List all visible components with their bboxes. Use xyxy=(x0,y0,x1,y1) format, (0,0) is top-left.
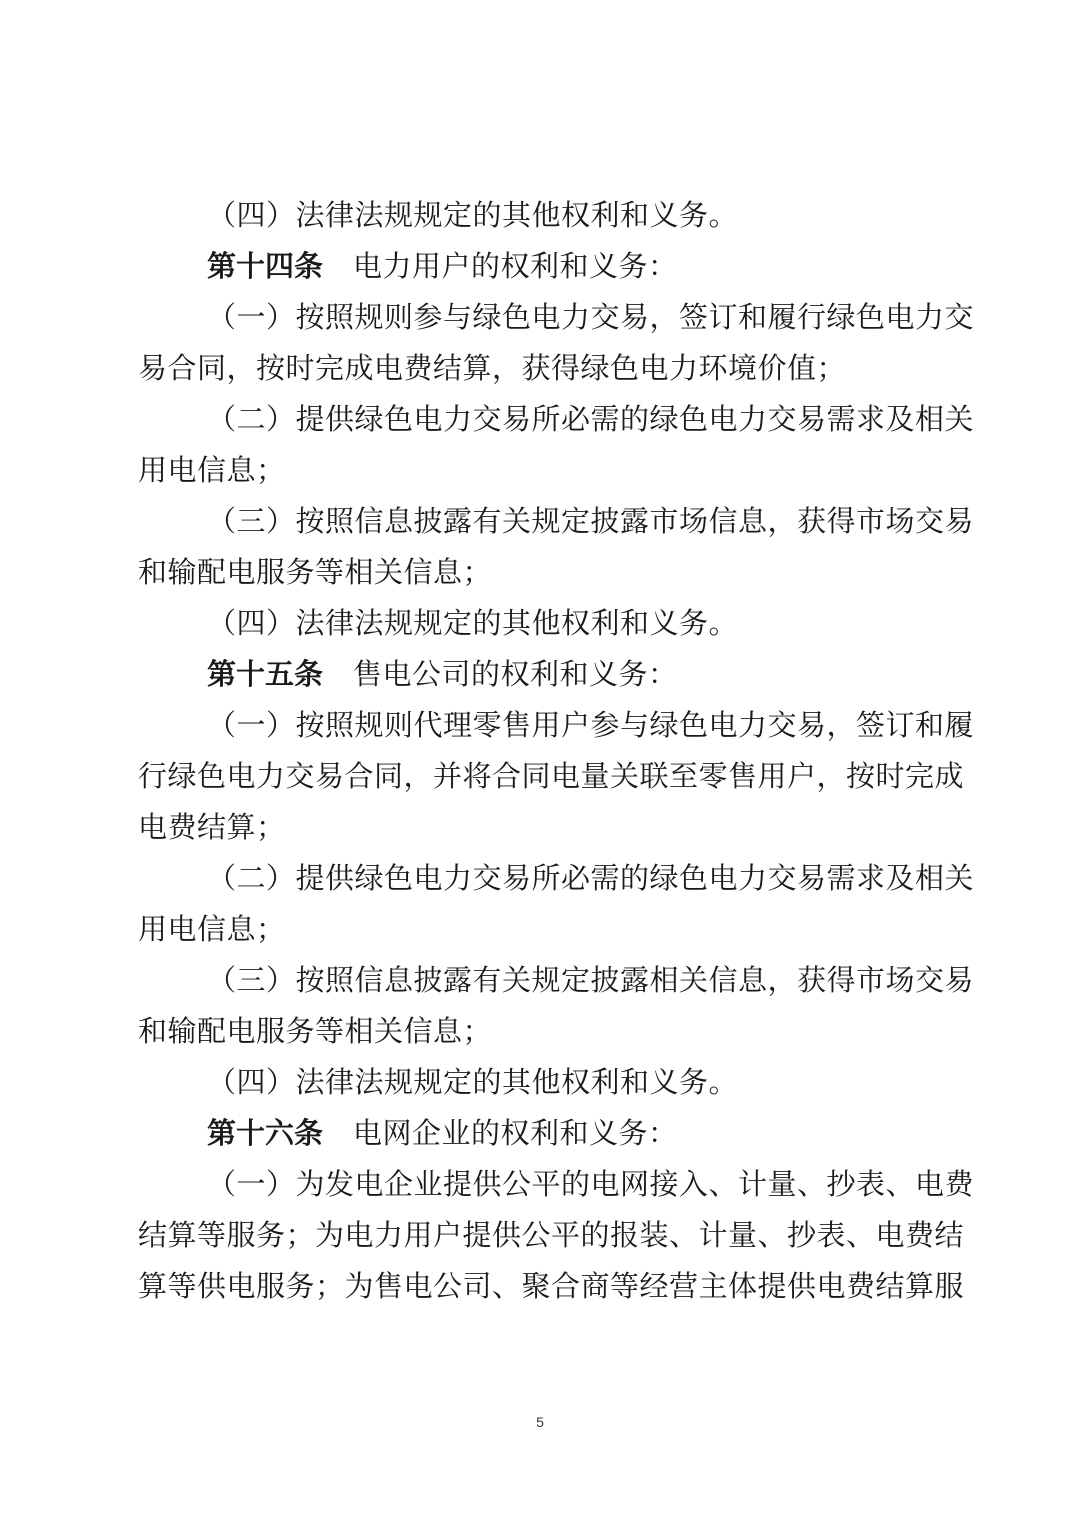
line-text: （三）按照信息披露有关规定披露市场信息，获得市场交易 xyxy=(207,504,974,538)
paragraph-item: （二）提供绿色电力交易所必需的绿色电力交易需求及相关 xyxy=(207,394,974,445)
line-text: 易合同，按时完成电费结算，获得绿色电力环境价值； xyxy=(138,351,846,385)
line-text: （二）提供绿色电力交易所必需的绿色电力交易需求及相关 xyxy=(207,861,974,895)
line-text: 用电信息； xyxy=(138,453,286,487)
article-subject: 售电公司的权利和义务： xyxy=(353,657,678,691)
article-heading: 第十六条电网企业的权利和义务： xyxy=(207,1108,678,1159)
article-heading: 第十五条售电公司的权利和义务： xyxy=(207,649,678,700)
line-text: （二）提供绿色电力交易所必需的绿色电力交易需求及相关 xyxy=(207,402,974,436)
line-text: （四）法律法规规定的其他权利和义务。 xyxy=(207,198,738,232)
line-text: 行绿色电力交易合同，并将合同电量关联至零售用户，按时完成 xyxy=(138,759,964,793)
page-number: 5 xyxy=(0,1414,1080,1430)
article-number: 第十五条 xyxy=(207,657,323,691)
line-text: 和输配电服务等相关信息； xyxy=(138,1014,492,1048)
paragraph-item: （四）法律法规规定的其他权利和义务。 xyxy=(207,598,738,649)
paragraph-item: （一）为发电企业提供公平的电网接入、计量、抄表、电费 xyxy=(207,1159,974,1210)
paragraph-item: （四）法律法规规定的其他权利和义务。 xyxy=(207,1057,738,1108)
line-text: （三）按照信息披露有关规定披露相关信息，获得市场交易 xyxy=(207,963,974,997)
paragraph-continuation: 和输配电服务等相关信息； xyxy=(138,547,492,598)
line-text: （一）为发电企业提供公平的电网接入、计量、抄表、电费 xyxy=(207,1167,974,1201)
paragraph-continuation: 用电信息； xyxy=(138,445,286,496)
paragraph-item: （一）按照规则代理零售用户参与绿色电力交易，签订和履 xyxy=(207,700,974,751)
line-text: （一）按照规则参与绿色电力交易，签订和履行绿色电力交 xyxy=(207,300,974,334)
paragraph-item: （三）按照信息披露有关规定披露相关信息，获得市场交易 xyxy=(207,955,974,1006)
line-text: （四）法律法规规定的其他权利和义务。 xyxy=(207,1065,738,1099)
paragraph-item: （二）提供绿色电力交易所必需的绿色电力交易需求及相关 xyxy=(207,853,974,904)
line-text: 和输配电服务等相关信息； xyxy=(138,555,492,589)
paragraph-item: （一）按照规则参与绿色电力交易，签订和履行绿色电力交 xyxy=(207,292,974,343)
article-number: 第十六条 xyxy=(207,1116,323,1150)
article-number: 第十四条 xyxy=(207,249,323,283)
line-text: 电费结算； xyxy=(138,810,286,844)
paragraph-continuation: 结算等服务；为电力用户提供公平的报装、计量、抄表、电费结 xyxy=(138,1210,964,1261)
paragraph-continuation: 行绿色电力交易合同，并将合同电量关联至零售用户，按时完成 xyxy=(138,751,964,802)
article-subject: 电网企业的权利和义务： xyxy=(353,1116,678,1150)
paragraph-continuation: 算等供电服务；为售电公司、聚合商等经营主体提供电费结算服 xyxy=(138,1261,964,1312)
line-text: （一）按照规则代理零售用户参与绿色电力交易，签订和履 xyxy=(207,708,974,742)
paragraph-continuation: 和输配电服务等相关信息； xyxy=(138,1006,492,1057)
article-heading: 第十四条电力用户的权利和义务： xyxy=(207,241,678,292)
paragraph-item: （四）法律法规规定的其他权利和义务。 xyxy=(207,190,738,241)
line-text: （四）法律法规规定的其他权利和义务。 xyxy=(207,606,738,640)
line-text: 用电信息； xyxy=(138,912,286,946)
paragraph-item: （三）按照信息披露有关规定披露市场信息，获得市场交易 xyxy=(207,496,974,547)
paragraph-continuation: 电费结算； xyxy=(138,802,286,853)
article-subject: 电力用户的权利和义务： xyxy=(353,249,678,283)
line-text: 算等供电服务；为售电公司、聚合商等经营主体提供电费结算服 xyxy=(138,1269,964,1303)
paragraph-continuation: 用电信息； xyxy=(138,904,286,955)
line-text: 结算等服务；为电力用户提供公平的报装、计量、抄表、电费结 xyxy=(138,1218,964,1252)
paragraph-continuation: 易合同，按时完成电费结算，获得绿色电力环境价值； xyxy=(138,343,846,394)
